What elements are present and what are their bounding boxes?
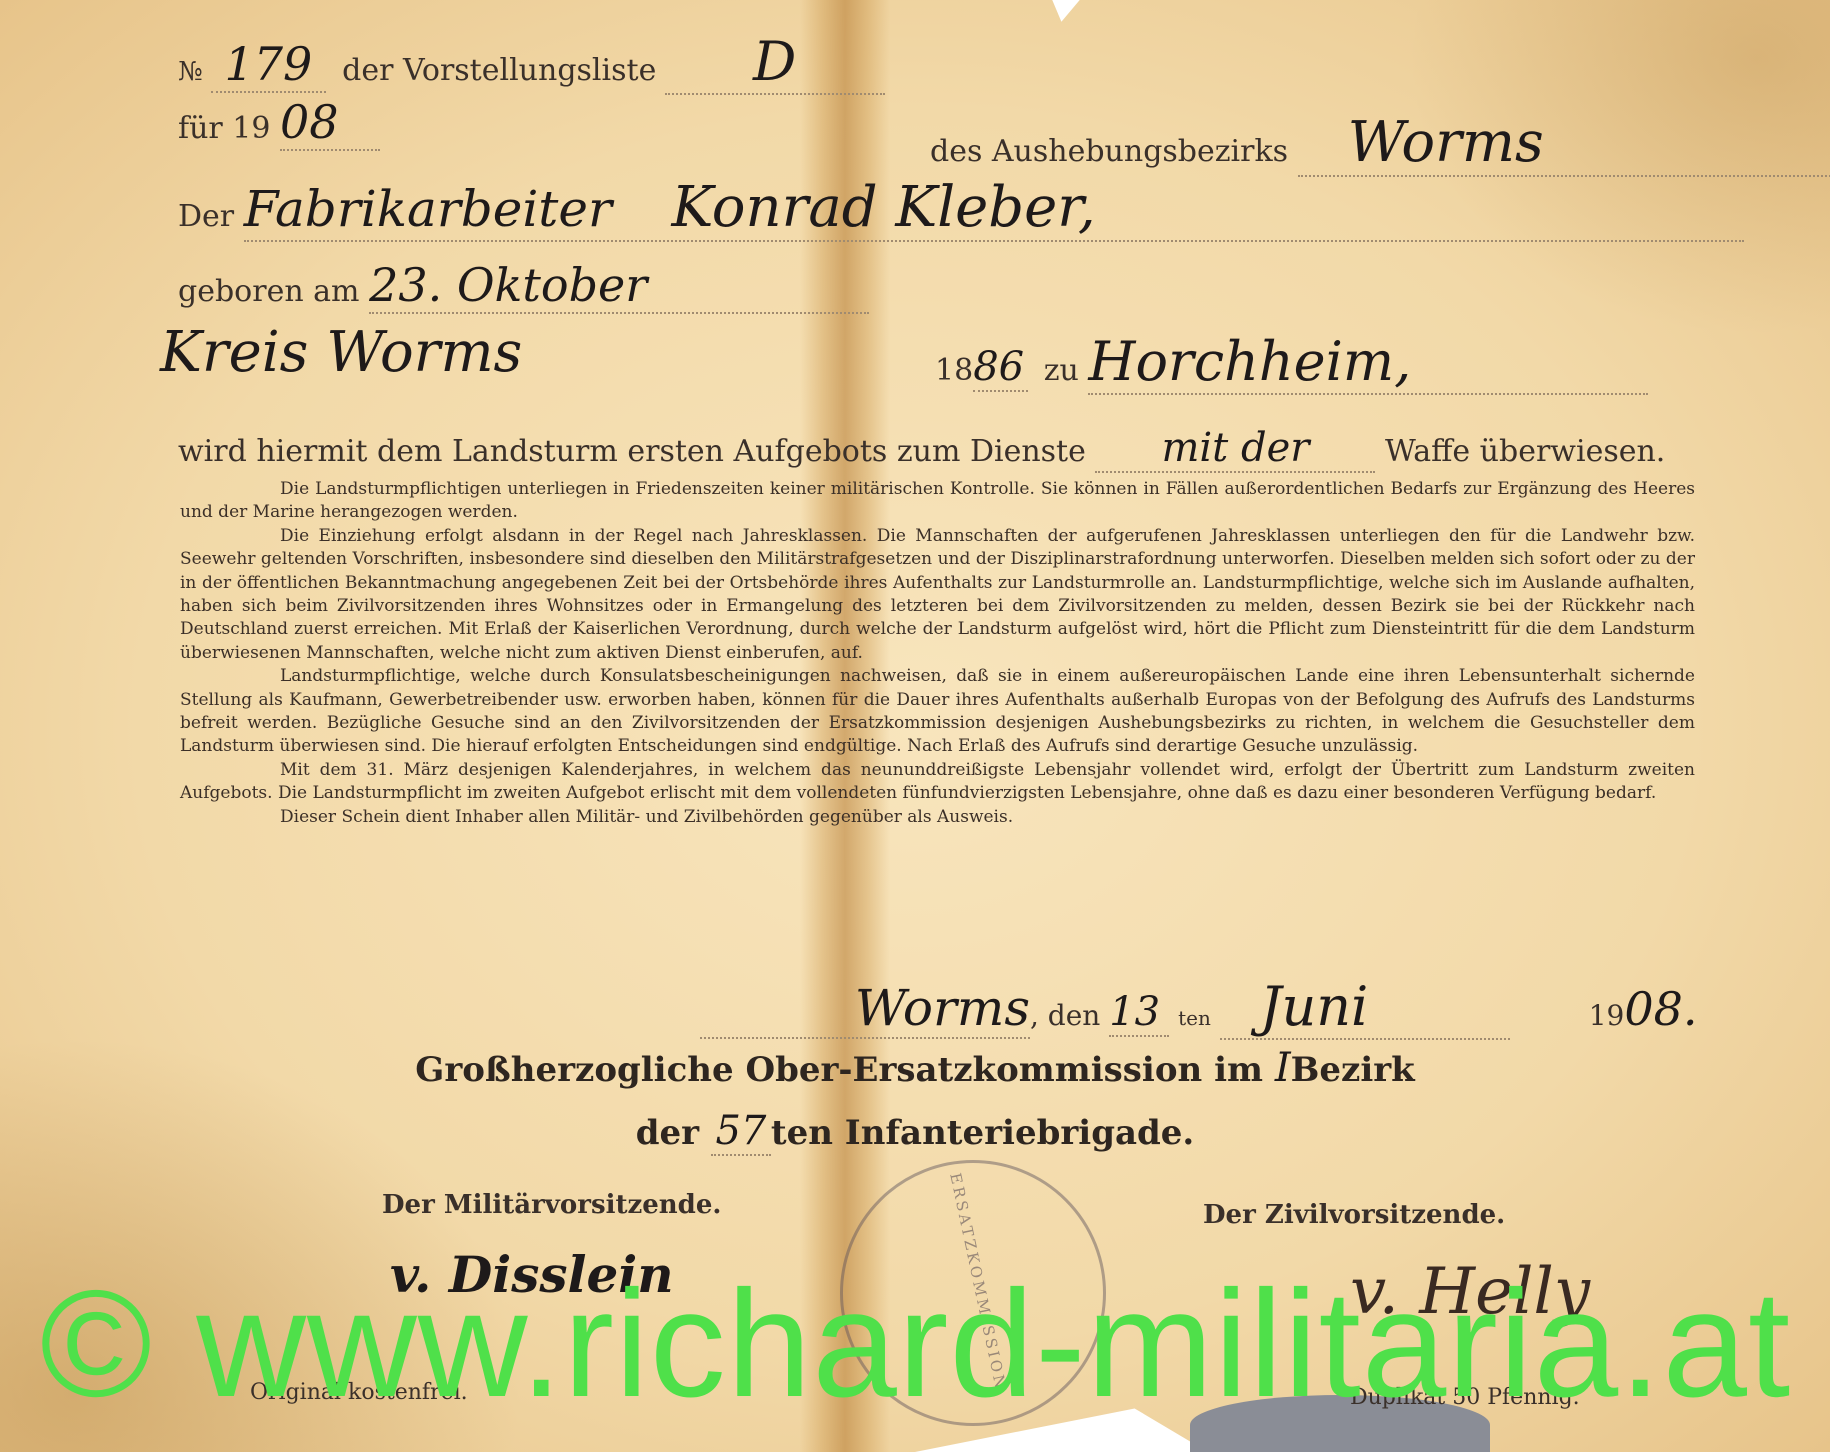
header-year-line: für 19 08 [178, 95, 380, 151]
military-chair-label: Der Militärvorsitzende. [382, 1190, 721, 1220]
assignment-handwritten: mit der [1161, 425, 1309, 471]
assignment-text-after: Waffe überwiesen. [1385, 434, 1665, 469]
birth-district-value: Kreis Worms [160, 320, 522, 385]
assignment-text-before: wird hiermit dem Landsturm ersten Aufgeb… [178, 434, 1086, 469]
copyright-watermark: © www.richard-militaria.at [40, 1268, 1791, 1420]
birth-year-line: 1886 zu Horchheim, [935, 330, 1648, 395]
person-name-value: Konrad Kleber, [671, 175, 1095, 240]
birth-date-field: 23. Oktober [369, 258, 869, 314]
dateline-den: , den [1030, 999, 1100, 1032]
regulation-paragraph: Dieser Schein dient Inhaber allen Militä… [180, 806, 1695, 829]
birth-place-value: Horchheim, [1088, 330, 1411, 393]
year-field: 08 [280, 95, 380, 151]
civil-chair-label: Der Zivilvorsitzende. [1203, 1200, 1505, 1230]
dateline-month-field: Juni [1220, 975, 1510, 1040]
regulation-paragraph: Die Einziehung erfolgt alsdann in der Re… [180, 525, 1695, 665]
dateline-day-field: 13 [1109, 989, 1169, 1037]
birth-date-line: geboren am 23. Oktober [178, 258, 869, 314]
dateline-year-prefix: 19 [1589, 999, 1625, 1032]
year-prefix: für 19 [178, 111, 270, 146]
number-field: 179 [211, 37, 326, 93]
regulation-paragraph: Landsturmpflichtige, welche durch Konsul… [180, 665, 1695, 759]
list-value: D [753, 30, 796, 93]
district-label: des Aushebungsbezirks [930, 134, 1288, 169]
dateline-ten: ten [1178, 1006, 1211, 1030]
occupation-name-field: Fabrikarbeiter Konrad Kleber, [244, 175, 1744, 242]
birth-place-line: Kreis Worms [160, 320, 522, 385]
regulations-text: Die Landsturmpflichtigen unterliegen in … [180, 478, 1695, 829]
authority-district-number: I [1275, 1045, 1291, 1091]
list-label: der Vorstellungsliste [342, 53, 656, 88]
authority-line-1: Großherzogliche Ober-Ersatzkommission im… [0, 1045, 1830, 1091]
number-prefix: № [178, 57, 203, 87]
occupation-value: Fabrikarbeiter [244, 180, 612, 238]
birth-year-prefix: 18 [935, 353, 973, 388]
regulation-paragraph: Die Landsturmpflichtigen unterliegen in … [180, 478, 1695, 525]
der-label: Der [178, 199, 234, 234]
place-label: zu [1044, 353, 1079, 388]
district-value: Worms [1348, 110, 1544, 175]
district-line: des Aushebungsbezirks Worms [930, 110, 1830, 177]
birth-year-field: 86 [973, 344, 1028, 392]
dateline-place-field: Worms [700, 979, 1030, 1039]
list-field: D [665, 30, 885, 95]
brigade-number: 57 [715, 1108, 766, 1154]
district-field: Worms [1298, 110, 1830, 177]
authority-line-2: der 57ten Infanteriebrigade. [0, 1108, 1830, 1156]
birth-place-field: Horchheim, [1088, 330, 1648, 395]
person-line: Der Fabrikarbeiter Konrad Kleber, [178, 175, 1744, 242]
dateline-month: Juni [1260, 975, 1368, 1038]
header-number-line: № 179 der Vorstellungsliste D [178, 30, 885, 95]
birth-date-value: 23. Oktober [369, 258, 647, 312]
born-label: geboren am [178, 274, 360, 309]
dateline-place: Worms [855, 979, 1030, 1037]
dateline-day: 13 [1109, 989, 1160, 1035]
number-value: 179 [224, 37, 312, 91]
dateline: Worms, den 13 ten Juni 1908. [700, 975, 1698, 1040]
assignment-line: wird hiermit dem Landsturm ersten Aufgeb… [178, 425, 1665, 473]
assignment-field: mit der [1095, 425, 1375, 473]
regulation-paragraph: Mit dem 31. März desjenigen Kalenderjahr… [180, 759, 1695, 806]
dateline-year: 08. [1624, 982, 1697, 1036]
year-value: 08 [280, 95, 339, 149]
birth-year-value: 86 [973, 344, 1024, 390]
